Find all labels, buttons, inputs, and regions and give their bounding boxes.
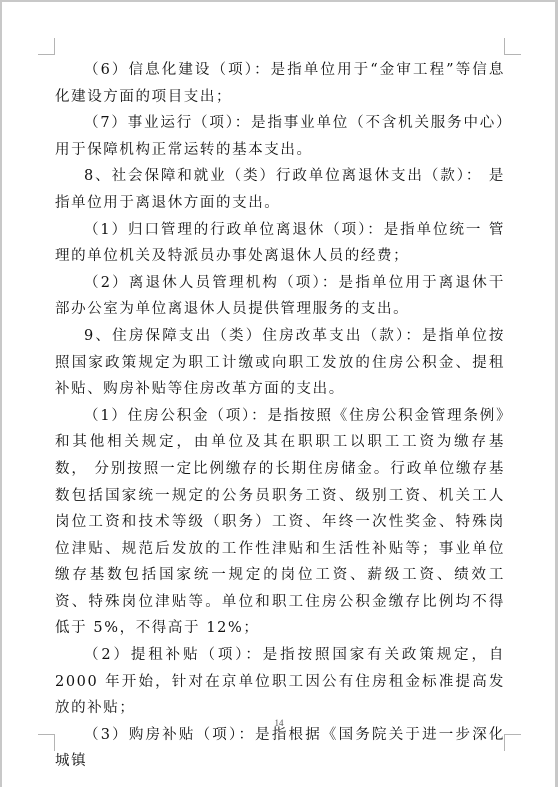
document-body: （6）信息化建设（项）：是指单位用于“金审工程”等信息化建设方面的项目支出； （… [55, 57, 505, 775]
page-frame-left [0, 0, 2, 787]
page-number: 14 [0, 718, 558, 728]
paragraph-8-social-security: 8、社会保障和就业（类）行政单位离退休支出（款）： 是指单位用于离退休方面的支出… [55, 163, 505, 216]
margin-corner-top-left [38, 38, 55, 55]
paragraph-7-operations: （7）事业运行（项）：是指事业单位（不含机关服务中心）用于保障机构正常运转的基本… [55, 110, 505, 163]
paragraph-9-housing: 9、住房保障支出（类）住房改革支出（款）：是指单位按照国家政策规定为职工计缴或向… [55, 323, 505, 403]
margin-corner-bottom-right [504, 734, 521, 751]
paragraph-8-2-retirement-admin: （2）离退休人员管理机构（项）：是指单位用于离退休干部办公室为单位离退休人员提供… [55, 270, 505, 323]
paragraph-9-3-purchase-subsidy: （3）购房补贴（项）：是指根据《国务院关于进一步深化 城镇 [55, 722, 505, 775]
margin-corner-bottom-left [38, 734, 55, 751]
paragraph-8-1-retirement: （1）归口管理的行政单位离退休（项）：是指单位统一 管理的单位机关及特派员办事处… [55, 217, 505, 270]
paragraph-9-2-rent-subsidy: （2）提租补贴（项）：是指按照国家有关政策规定，自 2000 年开始，针对在京单… [55, 642, 505, 722]
margin-corner-top-right [504, 38, 521, 55]
paragraph-6-informatization: （6）信息化建设（项）：是指单位用于“金审工程”等信息化建设方面的项目支出； [55, 57, 505, 110]
paragraph-9-1-housing-fund: （1）住房公积金（项）：是指按照《住房公积金管理条例》和其他相关规定，由单位及其… [55, 403, 505, 642]
page-frame-top [0, 0, 558, 2]
